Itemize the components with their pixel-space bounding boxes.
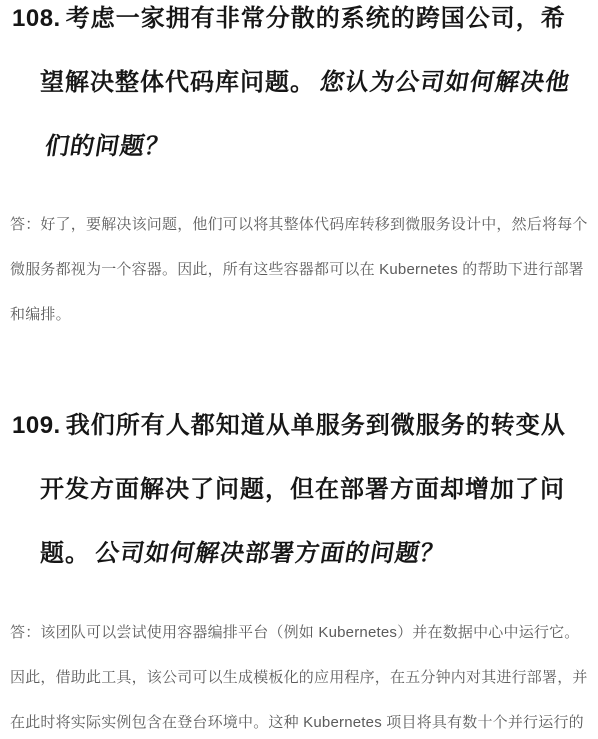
- answer-line: 微服务都视为一个容器。因此，所有这些容器都可以在 Kubernetes 的帮助下…: [10, 247, 598, 292]
- question-text: 开发方面解决了问题，但在部署方面却增加了问: [40, 476, 565, 503]
- question-line: 108.考虑一家拥有非常分散的系统的跨国公司，希: [0, 0, 598, 51]
- question-heading-109: 109.我们所有人都知道从单服务到微服务的转变从 开发方面解决了问题，但在部署方…: [0, 394, 598, 586]
- question-heading-108: 108.考虑一家拥有非常分散的系统的跨国公司，希 望解决整体代码库问题。您认为公…: [0, 0, 598, 179]
- answer-line: 因此，借助此工具，该公司可以生成模板化的应用程序，在五分钟内对其进行部署，并: [10, 655, 598, 700]
- document-page: 108.考虑一家拥有非常分散的系统的跨国公司，希 望解决整体代码库问题。您认为公…: [0, 0, 598, 739]
- question-text: 题。: [40, 540, 90, 567]
- question-line: 们的问题？: [0, 115, 598, 179]
- answer-paragraph-109: 答：该团队可以尝试使用容器编排平台（例如 Kubernetes）并在数据中心中运…: [0, 610, 598, 739]
- question-number: 109.: [12, 412, 61, 439]
- question-text-italic: 您认为公司如何解决他: [315, 51, 575, 115]
- question-text-italic: 们的问题？: [40, 115, 175, 179]
- question-line: 109.我们所有人都知道从单服务到微服务的转变从: [0, 394, 598, 458]
- question-number: 108.: [12, 5, 61, 32]
- answer-line: 答：该团队可以尝试使用容器编排平台（例如 Kubernetes）并在数据中心中运…: [10, 610, 598, 655]
- question-line: 题。公司如何解决部署方面的问题？: [0, 522, 598, 586]
- answer-line: 和编排。: [10, 292, 598, 337]
- question-text: 考虑一家拥有非常分散的系统的跨国公司，希: [66, 5, 566, 32]
- question-text-italic: 公司如何解决部署方面的问题？: [90, 522, 450, 586]
- answer-paragraph-108: 答：好了，要解决该问题，他们可以将其整体代码库转移到微服务设计中，然后将每个 微…: [0, 202, 598, 337]
- question-line: 望解决整体代码库问题。您认为公司如何解决他: [0, 51, 598, 115]
- answer-line: 在此时将实际实例包含在登台环境中。这种 Kubernetes 项目将具有数十个并…: [10, 700, 598, 739]
- question-text: 我们所有人都知道从单服务到微服务的转变从: [66, 412, 566, 439]
- answer-line: 答：好了，要解决该问题，他们可以将其整体代码库转移到微服务设计中，然后将每个: [10, 202, 598, 247]
- question-text: 望解决整体代码库问题。: [40, 69, 315, 96]
- question-line: 开发方面解决了问题，但在部署方面却增加了问: [0, 458, 598, 522]
